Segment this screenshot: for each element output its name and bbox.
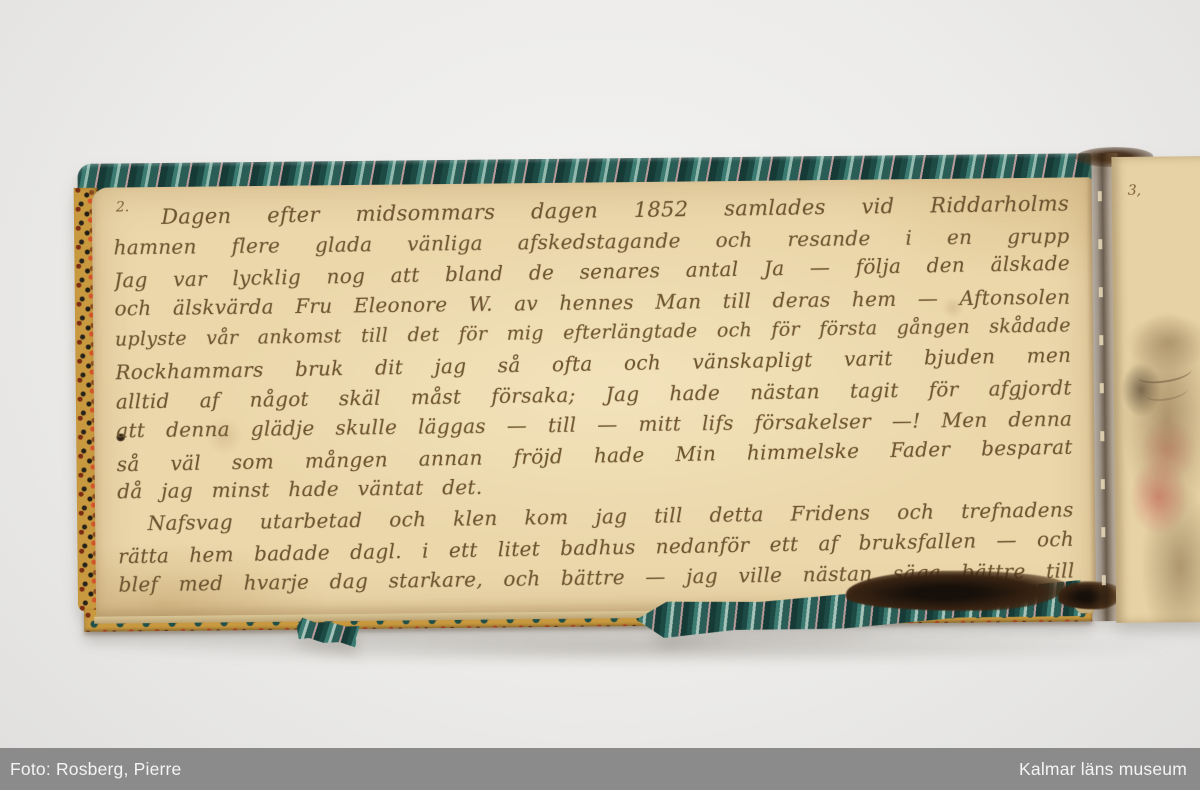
page-number-right: 3, [1128,183,1142,199]
diary-left-page: 2. Dagen efter midsommars dagen 1852 sam… [92,177,1096,617]
diary-right-page: 3, [1111,156,1200,623]
diary-book-photo: 2. Dagen efter midsommars dagen 1852 sam… [73,150,1200,667]
binding-stitches [1097,153,1106,621]
museum-credit: Kalmar läns museum [1019,759,1187,780]
photo-credit: Foto: Rosberg, Pierre [10,759,182,780]
caption-bar: Foto: Rosberg, Pierre Kalmar läns museum [0,748,1200,790]
handwriting-block: Dagen efter midsommars dagen 1852 samlad… [113,188,1075,614]
